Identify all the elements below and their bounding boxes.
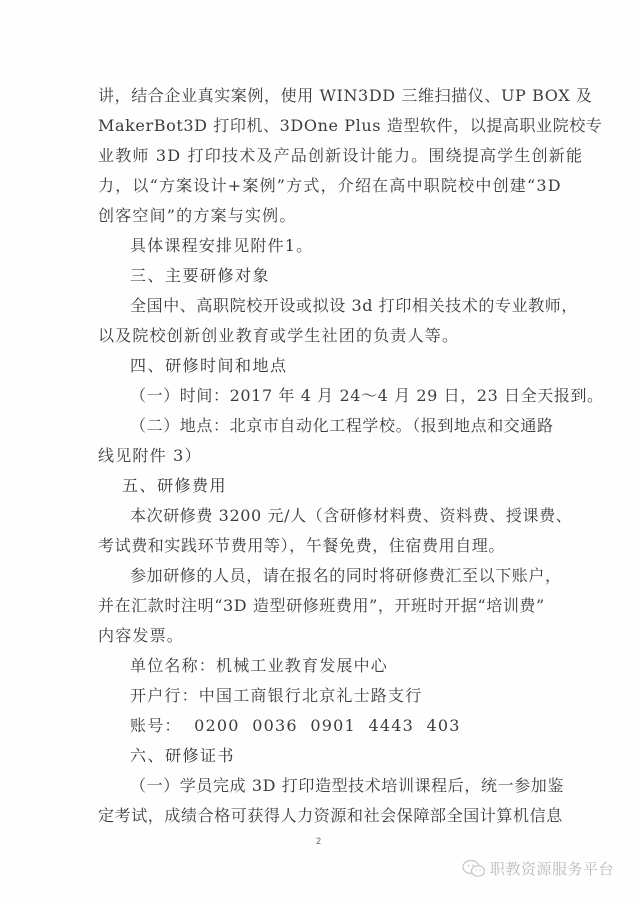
- paragraph-line: 全国中、高职院校开设或拟设 3d 打印相关技术的专业教师，: [130, 296, 548, 316]
- paragraph-line: 具体课程安排见附件1。: [130, 236, 548, 256]
- payment-line: 参加研修的人员，请在报名的同时将研修费汇至以下账户，: [130, 566, 548, 586]
- payment-line: 并在汇款时注明“3D 造型研修班费用”，开班时开据“培训费”: [98, 596, 548, 616]
- paragraph-line: 创客空间”的方案与实例。: [98, 206, 548, 226]
- watermark: 职教资源服务平台: [462, 858, 614, 879]
- payment-line: 内容发票。: [98, 626, 548, 646]
- account-unit: 单位名称：机械工业教育发展中心: [130, 656, 548, 676]
- time-line: （一）时间：2017 年 4 月 24～4 月 29 日，23 日全天报到。: [130, 386, 548, 406]
- fee-line: 本次研修费 3200 元/人（含研修材料费、资料费、授课费、: [130, 506, 548, 526]
- paragraph-line: MakerBot3D 打印机、3DOne Plus 造型软件，以提高职业院校专: [98, 116, 548, 136]
- account-number: 账号： 0200 0036 0901 4443 403: [130, 716, 548, 736]
- section-heading: 三、主要研修对象: [130, 266, 548, 286]
- fee-line: 考试费和实践环节费用等），午餐免费，住宿费用自理。: [98, 536, 548, 556]
- paragraph-line: 业教师 3D 打印技术及产品创新设计能力。围绕提高学生创新能: [98, 146, 548, 166]
- certificate-line: 定考试，成绩合格可获得人力资源和社会保障部全国计算机信息: [98, 806, 548, 826]
- paragraph-line: 以及院校创新创业教育或学生社团的负责人等。: [98, 326, 548, 346]
- place-line: 线见附件 3）: [98, 446, 548, 466]
- certificate-line: （一）学员完成 3D 打印造型技术培训课程后，统一参加鉴: [130, 776, 548, 796]
- section-heading: 六、研修证书: [130, 746, 548, 766]
- section-heading: 四、研修时间和地点: [130, 356, 548, 376]
- place-line: （二）地点：北京市自动化工程学校。（报到地点和交通路: [130, 416, 548, 436]
- wechat-icon: [462, 859, 486, 879]
- document-page: 讲，结合企业真实案例，使用 WIN3DD 三维扫描仪、UP BOX 及 Make…: [0, 0, 640, 904]
- paragraph-line: 讲，结合企业真实案例，使用 WIN3DD 三维扫描仪、UP BOX 及: [98, 86, 548, 106]
- page-number: 2: [316, 836, 321, 846]
- section-heading: 五、研修费用: [122, 476, 572, 496]
- account-bank: 开户行：中国工商银行北京礼士路支行: [130, 686, 548, 706]
- watermark-text: 职教资源服务平台: [490, 858, 614, 879]
- paragraph-line: 力，以“方案设计+案例”方式，介绍在高中职院校中创建“3D: [98, 176, 548, 196]
